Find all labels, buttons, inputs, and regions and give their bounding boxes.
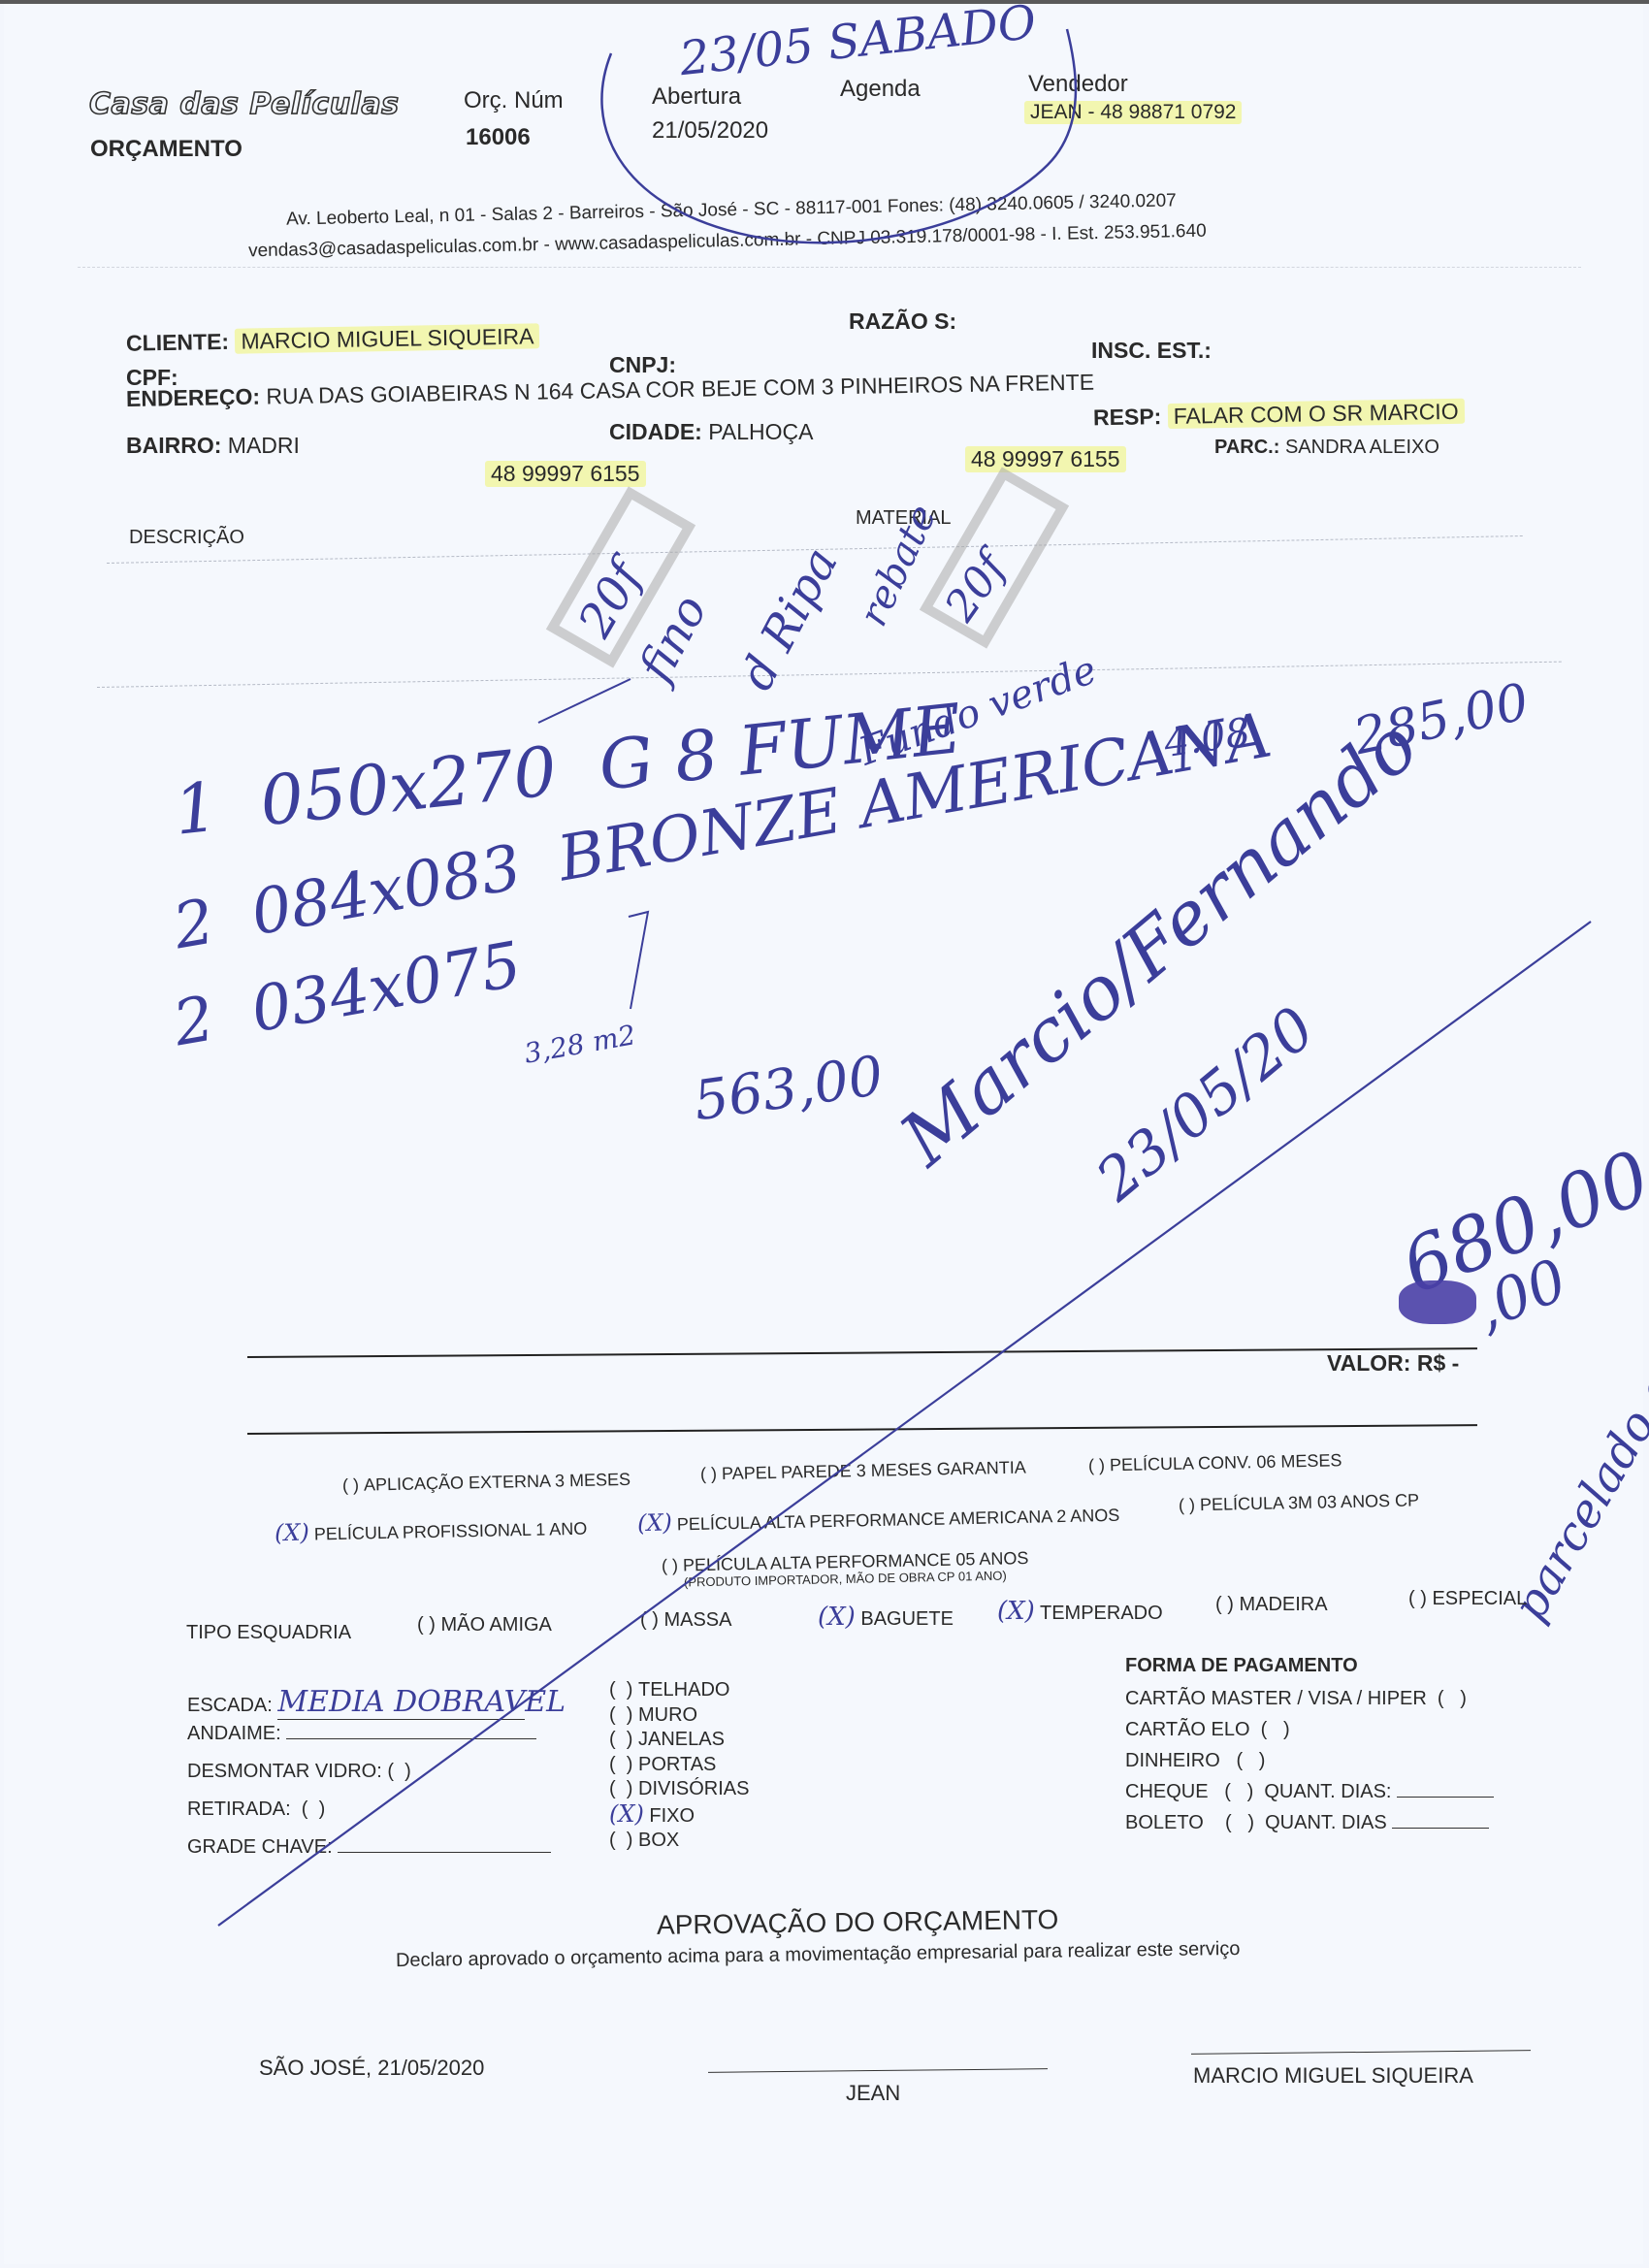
payment-list: CARTÃO MASTER / VISA / HIPER ( ) CARTÃO … [1125,1683,1494,1838]
document-type: ORÇAMENTO [90,136,242,163]
option-label: MURO [638,1704,697,1726]
location-option[interactable]: (X) FIXO [609,1802,749,1830]
payment-option[interactable]: CARTÃO MASTER / VISA / HIPER ( ) [1125,1683,1494,1714]
place-date: SÃO JOSÉ, 21/05/2020 [259,2056,484,2081]
orc-num: 16006 [466,124,531,151]
option-label: PORTAS [638,1754,716,1775]
check-mark-icon: (X) [275,1519,309,1547]
option-label: MASSA [663,1609,731,1631]
vendedor-label: Vendedor [1028,71,1128,98]
option-label: CHEQUE [1125,1781,1209,1802]
location-option[interactable]: ( ) JANELAS [609,1728,749,1753]
parc-value: SANDRA ALEIXO [1285,437,1439,458]
orc-num-label: Orç. Núm [464,87,564,114]
location-option[interactable]: ( ) BOX [609,1829,749,1854]
escada-label: ESCADA: [187,1695,273,1716]
resp-value: FALAR COM O SR MARCIO [1167,399,1464,429]
cidade-row: CIDADE: PALHOÇA [609,419,813,445]
check-mark-icon: (X) [818,1603,856,1632]
phone-1: 48 99997 6155 [485,461,646,487]
endereco-label: ENDEREÇO: [126,384,260,411]
option-label: ESPECIAL [1432,1588,1527,1609]
client-name: MARCIO MIGUEL SIQUEIRA [1193,2063,1473,2089]
option-label: TEMPERADO [1040,1603,1163,1624]
vendedor-value: JEAN - 48 98871 0792 [1024,101,1242,124]
parc-row: PARC.: SANDRA ALEIXO [1214,437,1439,459]
location-option[interactable]: ( ) DIVISÓRIAS [609,1777,749,1802]
esquadria-option[interactable]: ( ) ESPECIAL [1408,1588,1527,1610]
option-label: CARTÃO MASTER / VISA / HIPER [1125,1688,1427,1709]
option-label: BOX [638,1830,679,1851]
esquadria-option[interactable]: ( ) MÃO AMIGA [417,1614,552,1636]
abertura-date: 21/05/2020 [652,117,768,145]
option-label: PELÍCULA PROFISSIONAL 1 ANO [314,1519,588,1544]
agenda-label: Agenda [840,76,921,103]
andaime-label: ANDAIME: [187,1723,281,1744]
check-mark-icon: (X) [997,1597,1035,1626]
grade-row: GRADE CHAVE: [187,1836,551,1859]
option-extra: QUANT. DIAS [1265,1812,1387,1833]
esquadria-option[interactable]: ( ) MASSA [640,1609,731,1632]
payment-option[interactable]: DINHEIRO ( ) [1125,1745,1494,1776]
option-label: PELÍCULA 3M 03 ANOS CP [1200,1490,1419,1514]
razao-label: RAZÃO S: [849,308,956,335]
location-list: ( ) TELHADO ( ) MURO ( ) JANELAS ( ) POR… [609,1678,749,1854]
grade-field[interactable] [338,1852,551,1853]
escada-value: MEDIA DOBRAVEL [277,1685,566,1719]
option-label: PELÍCULA CONV. 06 MESES [1110,1450,1342,1474]
option-label: BOLETO [1125,1812,1204,1833]
bairro-row: BAIRRO: MADRI [126,433,300,459]
abertura-label: Abertura [652,83,741,111]
insc-label: INSC. EST.: [1091,338,1212,364]
cliente-label: CLIENTE: [126,329,230,356]
location-option[interactable]: ( ) PORTAS [609,1753,749,1778]
phone-2: 48 99997 6155 [965,446,1126,472]
item-qty: 1 [171,767,222,851]
option-extra: QUANT. DIAS: [1264,1781,1391,1802]
option-label: TELHADO [638,1679,729,1701]
location-option[interactable]: ( ) TELHADO [609,1678,749,1703]
desmontar-label: DESMONTAR VIDRO: [187,1761,382,1782]
escada-row: ESCADA: MEDIA DOBRAVEL [187,1685,525,1720]
seller-name: JEAN [846,2081,900,2106]
payment-option[interactable]: CARTÃO ELO ( ) [1125,1714,1494,1745]
esquadria-label: TIPO ESQUADRIA [186,1622,351,1644]
option-label: BAGUETE [860,1608,954,1630]
payment-title: FORMA DE PAGAMENTO [1125,1655,1358,1677]
option-label: MADEIRA [1239,1594,1327,1615]
days-field[interactable] [1392,1828,1489,1829]
esquadria-option[interactable]: (X) BAGUETE [818,1603,954,1632]
option-label: MÃO AMIGA [440,1614,551,1636]
retirada-row[interactable]: RETIRADA: ( ) [187,1798,325,1821]
descricao-label: DESCRIÇÃO [129,527,244,549]
divider [78,267,1581,268]
escada-field[interactable]: MEDIA DOBRAVEL [277,1685,525,1720]
andaime-row: ANDAIME: [187,1723,536,1745]
esquadria-option[interactable]: (X) TEMPERADO [997,1597,1163,1626]
cidade-label: CIDADE: [609,419,702,444]
option-label: CARTÃO ELO [1125,1719,1250,1740]
option-label: FIXO [649,1805,695,1827]
scribbled-value [1399,1280,1476,1324]
valor-label: VALOR: R$ - [1327,1350,1459,1377]
company-logo: Casa das Películas [89,87,399,121]
approval-title: APROVAÇÃO DO ORÇAMENTO [657,1904,1059,1941]
bairro-value: MADRI [228,433,300,458]
parc-label: PARC.: [1214,437,1279,458]
option-label: DINHEIRO [1125,1750,1220,1771]
andaime-field[interactable] [286,1738,536,1739]
grade-label: GRADE CHAVE: [187,1836,333,1858]
resp-label: RESP: [1093,404,1162,430]
payment-option[interactable]: CHEQUE ( ) QUANT. DIAS: [1125,1776,1494,1807]
desmontar-row[interactable]: DESMONTAR VIDRO: ( ) [187,1761,411,1783]
cidade-value: PALHOÇA [708,419,813,444]
esquadria-option[interactable]: ( ) MADEIRA [1215,1594,1328,1616]
option-label: JANELAS [638,1729,725,1750]
cnpj-label: CNPJ: [609,352,676,378]
retirada-label: RETIRADA: [187,1798,291,1820]
cliente-value: MARCIO MIGUEL SIQUEIRA [235,323,539,353]
option-label: DIVISÓRIAS [638,1778,749,1799]
payment-option[interactable]: BOLETO ( ) QUANT. DIAS [1125,1807,1494,1838]
location-option[interactable]: ( ) MURO [609,1703,749,1729]
days-field[interactable] [1397,1797,1494,1798]
check-mark-icon: (X) [609,1800,644,1828]
check-mark-icon: (X) [637,1508,672,1537]
bairro-label: BAIRRO: [126,433,221,458]
